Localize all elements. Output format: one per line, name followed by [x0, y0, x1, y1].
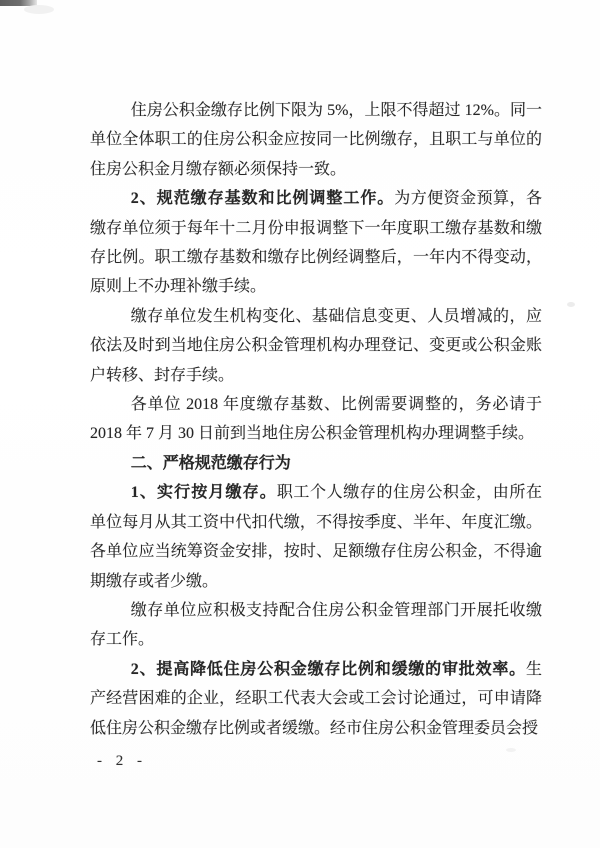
- document-body: 住房公积金缴存比例下限为 5%，上限不得超过 12%。同一单位全体职工的住房公积…: [90, 96, 542, 743]
- paragraph: 住房公积金缴存比例下限为 5%，上限不得超过 12%。同一单位全体职工的住房公积…: [90, 96, 542, 184]
- page-number: - 2 -: [97, 753, 147, 770]
- paragraph-bold-lead: 1、实行按月缴存。: [131, 484, 277, 501]
- scan-speck: [506, 748, 516, 752]
- paragraph-bold-lead: 2、规范缴存基数和比例调整工作。: [131, 190, 394, 207]
- paragraph-bold-lead: 2、提高降低住房公积金缴存比例和缓缴的审批效率。: [131, 661, 526, 678]
- paragraph: 2、规范缴存基数和比例调整工作。为方便资金预算，各缴存单位须于每年十二月份申报调…: [90, 184, 542, 302]
- paragraph: 缴存单位发生机构变化、基础信息变更、人员增减的，应依法及时到当地住房公积金管理机…: [90, 302, 542, 390]
- scanned-document-page: 住房公积金缴存比例下限为 5%，上限不得超过 12%。同一单位全体职工的住房公积…: [0, 0, 600, 848]
- paragraph: 2、提高降低住房公积金缴存比例和缓缴的审批效率。生产经营困难的企业，经职工代表大…: [90, 655, 542, 743]
- paragraph: 缴存单位应积极支持配合住房公积金管理部门开展托收缴存工作。: [90, 596, 542, 655]
- section-heading: 二、严格规范缴存行为: [90, 449, 542, 478]
- paragraph: 1、实行按月缴存。职工个人缴存的住房公积金，由所在单位每月从其工资中代扣代缴，不…: [90, 478, 542, 596]
- scan-smudge: [24, 5, 54, 14]
- scan-speck: [567, 302, 575, 307]
- paragraph: 各单位 2018 年度缴存基数、比例需要调整的，务必请于 2018 年 7 月 …: [90, 390, 542, 449]
